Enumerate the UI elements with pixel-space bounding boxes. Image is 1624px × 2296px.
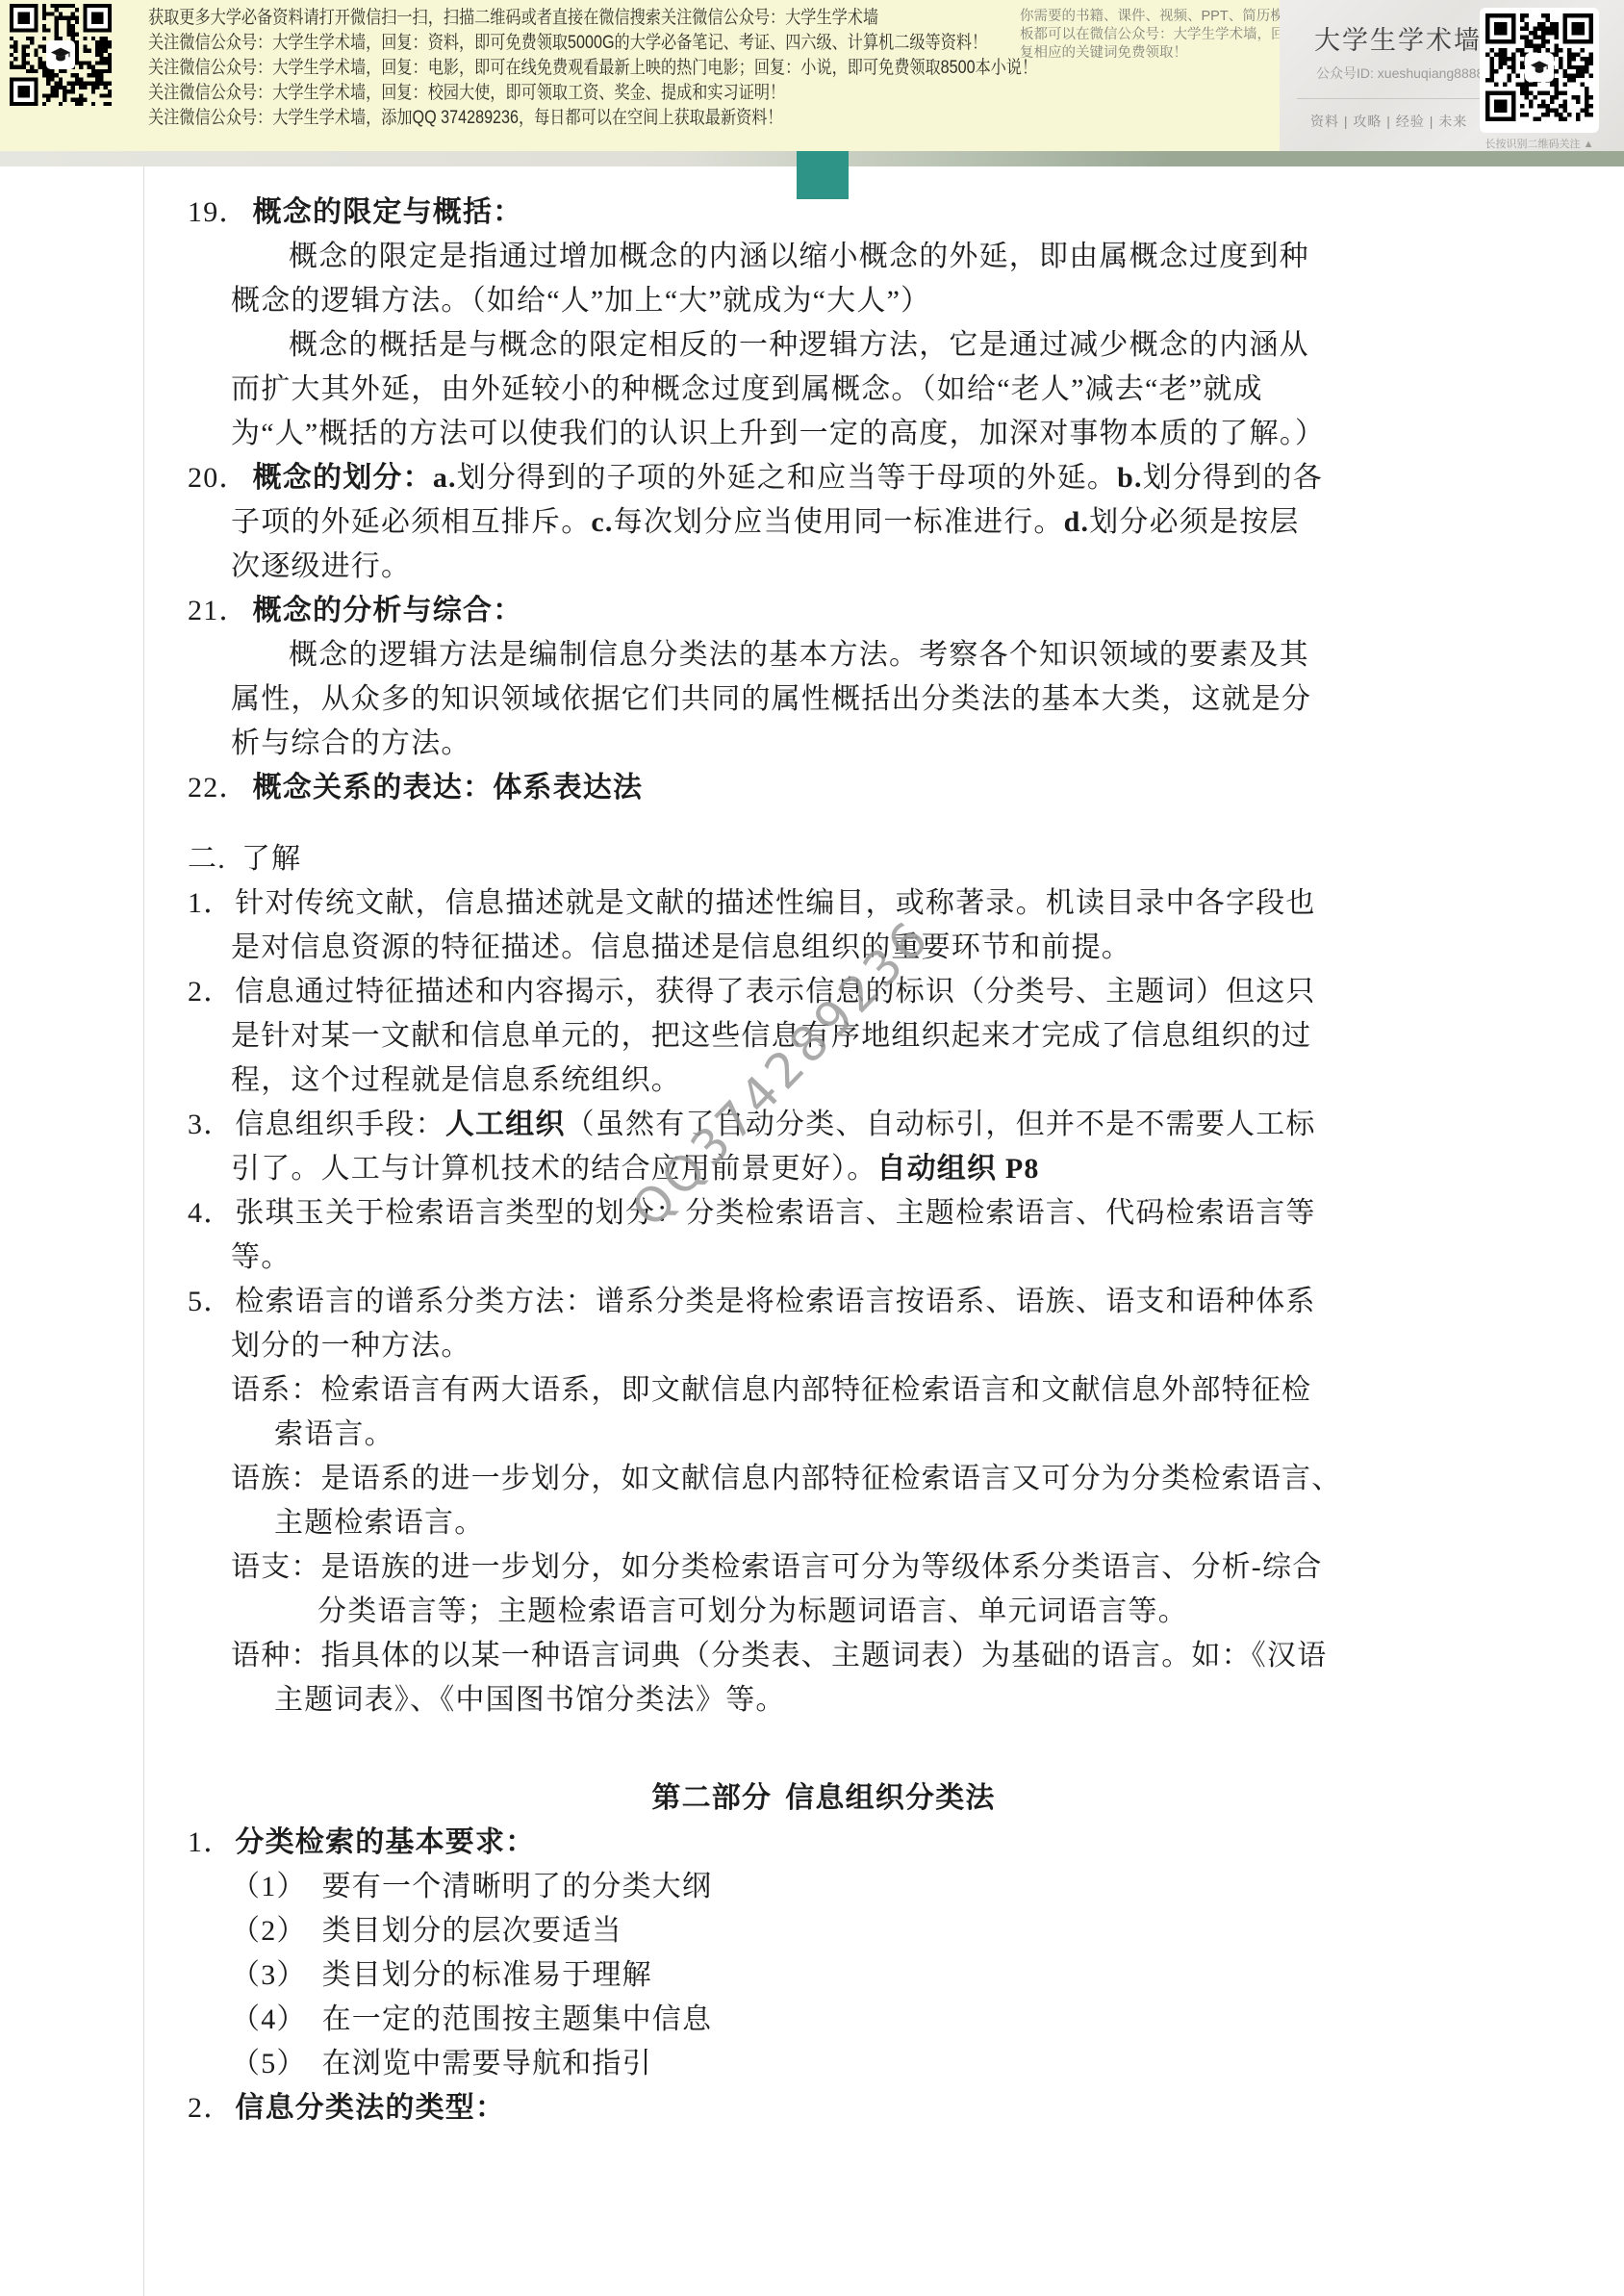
qr-code-left-icon [10, 4, 112, 106]
doc-line: （4）在一定的范围按主题集中信息 [231, 1998, 1503, 2042]
doc-line: 20．概念的划分：a.划分得到的子项的外延之和应当等于母项的外延。b.划分得到的… [188, 456, 1503, 500]
doc-text-segment: 概念的概括是与概念的限定相反的一种逻辑方法，它是通过减少概念的内涵从 [289, 329, 1309, 361]
doc-text-segment: 信息分类法的类型： [235, 2092, 505, 2124]
doc-line: 次逐级进行。 [231, 545, 1503, 589]
doc-line: 概念的限定是指通过增加概念的内涵以缩小概念的外延，即由属概念过度到种 [289, 235, 1503, 279]
doc-text-segment: 每次划分应当使用同一标准进行。 [614, 506, 1064, 538]
doc-text-segment: 概念的限定是指通过增加概念的内涵以缩小概念的外延，即由属概念过度到种 [289, 241, 1309, 272]
doc-line: 概念的逻辑方法是编制信息分类法的基本方法。考察各个知识领域的要素及其 [289, 633, 1503, 677]
promo-line: 关注微信公众号：大学生学术墙，回复：资料，即可免费领取5000G的大学必备笔记、… [148, 31, 1037, 56]
doc-text-segment: 1． [188, 1826, 233, 1858]
doc-text-segment: 等。 [231, 1241, 291, 1273]
doc-line: 语支：是语族的进一步划分，如分类检索语言可分为等级体系分类语言、分析-综合 [231, 1545, 1503, 1590]
doc-text-segment: 22． [188, 772, 249, 804]
doc-text-segment: 信息组织手段： [235, 1109, 444, 1140]
doc-text-segment: 次逐级进行。 [231, 550, 411, 582]
doc-text-segment: 3． [188, 1109, 233, 1140]
doc-line: 子项的外延必须相互排斥。c.每次划分应当使用同一标准进行。d.划分必须是按层 [231, 500, 1503, 545]
promo-line: 关注微信公众号：大学生学术墙，回复：校园大使，即可领取工资、奖金、提成和实习证明… [148, 81, 1037, 106]
doc-text-segment: 概念关系的表达：体系表达法 [253, 772, 644, 804]
doc-text-segment: 而扩大其外延，由外延较小的种概念过度到属概念。（如给“老人”减去“老”就成 [231, 373, 1263, 405]
doc-text-segment: 检索语言的谱系分类方法： [235, 1286, 595, 1317]
doc-text-segment: b. [1117, 462, 1143, 494]
doc-text-segment: 第二部分 [651, 1782, 772, 1814]
doc-line: 1．分类检索的基本要求： [188, 1821, 1503, 1865]
doc-line: 4．张琪玉关于检索语言类型的划分：分类检索语言、主题检索语言、代码检索语言等 [188, 1191, 1503, 1236]
doc-text-segment: 划分得到的子项的外延之和应当等于母项的外延。 [457, 462, 1117, 494]
promo-line: 关注微信公众号：大学生学术墙，回复：电影，即可在线免费观看最新上映的热门电影；回… [148, 56, 1037, 81]
promo-line: 获取更多大学必备资料请打开微信扫一扫，扫描二维码或者直接在微信搜索关注微信公众号… [148, 6, 1037, 31]
doc-text-segment: 概念的限定与概括： [253, 196, 523, 228]
doc-line: 第二部分信息组织分类法 [144, 1776, 1503, 1821]
doc-text-segment: 划分得到的各 [1143, 462, 1323, 494]
doc-text-segment: a. [433, 462, 457, 494]
doc-line: 引了。人工与计算机技术的结合应用前景更好）。自动组织 P8 [231, 1147, 1503, 1191]
qr-scan-caption: 长按识别二维码关注 ▲ [1472, 136, 1607, 151]
doc-line: 划分的一种方法。 [231, 1324, 1503, 1368]
doc-text-segment: 分类语言等；主题检索语言可划分为标题词语言、单元词语言等。 [317, 1595, 1188, 1627]
doc-line: 而扩大其外延，由外延较小的种概念过度到属概念。（如给“老人”减去“老”就成 [231, 368, 1503, 412]
doc-text-segment: 信息组织分类法 [785, 1782, 995, 1814]
doc-text-segment: 指具体的以某一种语言词典（分类表、主题词表）为基础的语言。如：《汉语 [321, 1640, 1328, 1671]
doc-text-segment: d. [1064, 506, 1090, 538]
doc-line: 概念的逻辑方法。（如给“人”加上“大”就成为“大人”） [231, 279, 1503, 323]
doc-line: （2）类目划分的层次要适当 [231, 1909, 1503, 1953]
doc-text-segment: 4． [188, 1197, 233, 1229]
doc-text-segment: （3） [231, 1959, 307, 1991]
doc-line: 主题词表》、《中国图书馆分类法》等。 [274, 1678, 1503, 1722]
promo-text-block: 获取更多大学必备资料请打开微信扫一扫，扫描二维码或者直接在微信搜索关注微信公众号… [148, 6, 1037, 131]
doc-text-segment: 20． [188, 462, 249, 494]
document-body: 19．概念的限定与概括：概念的限定是指通过增加概念的内涵以缩小概念的外延，即由属… [144, 191, 1503, 2130]
promo-side-note: 你需要的书籍、课件、视频、PPT、简历模板都可以在微信公众号：大学生学术墙，回复… [1020, 8, 1293, 63]
doc-text-segment: 19． [188, 196, 249, 228]
account-card-tags: 资料 | 攻略 | 经验 | 未来 [1310, 112, 1467, 131]
doc-text-segment: 5． [188, 1286, 233, 1317]
doc-text-segment: （1） [231, 1871, 307, 1902]
doc-text-segment: 谱系分类是将检索语言按语系、语族、语支和语种体系 [596, 1286, 1316, 1317]
doc-line: 语系：检索语言有两大语系，即文献信息内部特征检索语言和文献信息外部特征检 [231, 1368, 1503, 1413]
doc-text-segment: 人工组织 [445, 1109, 566, 1140]
doc-text-segment: 2． [188, 2092, 233, 2124]
doc-text-segment: 张琪玉关于检索语言类型的划分：分类检索语言、主题检索语言、代码检索语言等 [235, 1197, 1315, 1229]
qr-code-right-box [1480, 8, 1599, 133]
doc-text-segment: 信息通过特征描述和内容揭示，获得了表示信息的标识（分类号、主题词）但这只 [235, 976, 1315, 1008]
account-card-title: 大学生学术墙 [1314, 19, 1482, 57]
doc-text-segment: 1． [188, 887, 233, 919]
doc-text-segment: 21． [188, 595, 249, 626]
card-divider [1297, 98, 1480, 99]
doc-line: 为“人”概括的方法可以使我们的认识上升到一定的高度，加深对事物本质的了解。） [231, 412, 1503, 456]
doc-text-segment: 主题词表》、《中国图书馆分类法》等。 [274, 1684, 786, 1716]
doc-line: 析与综合的方法。 [231, 722, 1503, 766]
doc-text-segment: 划分必须是按层 [1089, 506, 1299, 538]
doc-text-segment: 针对传统文献，信息描述就是文献的描述性编目，或称著录。机读目录中各字段也 [235, 887, 1315, 919]
doc-text-segment: 划分的一种方法。 [231, 1330, 471, 1362]
doc-text-segment: （2） [231, 1915, 307, 1947]
doc-text-segment: 语系： [231, 1374, 321, 1406]
doc-text-segment: 分类检索的基本要求： [235, 1826, 535, 1858]
doc-line: 二.了解 [188, 837, 1503, 881]
doc-line: 3．信息组织手段：人工组织（虽然有了自动分类、自动标引，但并不是不需要人工标 [188, 1103, 1503, 1147]
doc-text-segment: 为“人”概括的方法可以使我们的认识上升到一定的高度，加深对事物本质的了解。） [231, 418, 1325, 449]
doc-text-segment: 子项的外延必须相互排斥。 [231, 506, 591, 538]
doc-line: 语种：指具体的以某一种语言词典（分类表、主题词表）为基础的语言。如：《汉语 [231, 1634, 1503, 1678]
doc-text-segment: c. [591, 506, 613, 538]
doc-text-segment: 语族： [231, 1463, 321, 1494]
doc-line: 5．检索语言的谱系分类方法：谱系分类是将检索语言按语系、语族、语支和语种体系 [188, 1280, 1503, 1324]
doc-line: 概念的概括是与概念的限定相反的一种逻辑方法，它是通过减少概念的内涵从 [289, 323, 1503, 368]
doc-text-segment: 检索语言有两大语系，即文献信息内部特征检索语言和文献信息外部特征检 [321, 1374, 1312, 1406]
doc-line: 22．概念关系的表达：体系表达法 [188, 766, 1503, 810]
doc-text-segment: 语支： [231, 1551, 321, 1583]
promo-banner: 获取更多大学必备资料请打开微信扫一扫，扫描二维码或者直接在微信搜索关注微信公众号… [0, 0, 1624, 151]
account-card-id: 公众号ID: xueshuqiang8888 [1316, 64, 1484, 83]
doc-text-segment: 要有一个清晰明了的分类大纲 [322, 1871, 713, 1902]
doc-text-segment: 是对信息资源的特征描述。信息描述是信息组织的重要环节和前提。 [231, 931, 1131, 963]
doc-line: （1）要有一个清晰明了的分类大纲 [231, 1865, 1503, 1909]
doc-line: 等。 [231, 1236, 1503, 1280]
doc-text-segment: 主题检索语言。 [274, 1507, 484, 1539]
doc-line: 分类语言等；主题检索语言可划分为标题词语言、单元词语言等。 [317, 1590, 1503, 1634]
graduation-cap-icon [1525, 53, 1554, 82]
doc-line: （3）类目划分的标准易于理解 [231, 1953, 1503, 1998]
doc-text-segment: （5） [231, 2048, 307, 2079]
doc-text-segment: 析与综合的方法。 [231, 727, 471, 759]
doc-text-segment: 了解 [241, 843, 301, 875]
doc-line: 19．概念的限定与概括： [188, 191, 1503, 235]
doc-line: 程，这个过程就是信息系统组织。 [231, 1059, 1503, 1103]
doc-text-segment: 是语系的进一步划分，如文献信息内部特征检索语言又可分为分类检索语言、 [321, 1463, 1342, 1494]
qr-code-right-icon [1485, 13, 1593, 121]
doc-text-segment: （虽然有了自动分类、自动标引，但并不是不需要人工标 [566, 1109, 1316, 1140]
doc-text-segment: 语种： [231, 1640, 321, 1671]
promo-line: 关注微信公众号：大学生学术墙，添加QQ 374289236，每日都可以在空间上获… [148, 106, 1037, 131]
doc-line: 2．信息分类法的类型： [188, 2086, 1503, 2130]
doc-line: 主题检索语言。 [274, 1501, 1503, 1545]
doc-line: （5）在浏览中需要导航和指引 [231, 2042, 1503, 2086]
doc-line: 21．概念的分析与综合： [188, 589, 1503, 633]
doc-text-segment: 索语言。 [274, 1418, 394, 1450]
doc-text-segment: 概念的逻辑方法。（如给“人”加上“大”就成为“大人”） [231, 285, 930, 317]
doc-text-segment: 概念的划分： [253, 462, 433, 494]
doc-line: 1．针对传统文献，信息描述就是文献的描述性编目，或称著录。机读目录中各字段也 [188, 881, 1503, 926]
doc-text-segment: 引了。人工与计算机技术的结合应用前景更好）。 [231, 1153, 876, 1185]
doc-line: 语族：是语系的进一步划分，如文献信息内部特征检索语言又可分为分类检索语言、 [231, 1457, 1503, 1501]
doc-text-segment: 是语族的进一步划分，如分类检索语言可分为等级体系分类语言、分析-综合 [321, 1551, 1323, 1583]
doc-text-segment: 类目划分的层次要适当 [322, 1915, 622, 1947]
doc-text-segment: 在浏览中需要导航和指引 [322, 2048, 652, 2079]
doc-text-segment: 自动组织 P8 [876, 1153, 1039, 1185]
doc-text-segment: 程，这个过程就是信息系统组织。 [231, 1064, 681, 1096]
doc-text-segment: 概念的分析与综合： [253, 595, 523, 626]
doc-text-segment: 2． [188, 976, 233, 1008]
doc-line: 属性，从众多的知识领域依据它们共同的属性概括出分类法的基本大类，这就是分 [231, 677, 1503, 722]
doc-text-segment: 类目划分的标准易于理解 [322, 1959, 652, 1991]
doc-text-segment: 二. [188, 843, 226, 875]
graduation-cap-icon [46, 40, 75, 69]
doc-line: 索语言。 [274, 1413, 1503, 1457]
doc-text-segment: 概念的逻辑方法是编制信息分类法的基本方法。考察各个知识领域的要素及其 [289, 639, 1309, 671]
doc-text-segment: （4） [231, 2003, 307, 2035]
doc-text-segment: 属性，从众多的知识领域依据它们共同的属性概括出分类法的基本大类，这就是分 [231, 683, 1311, 715]
doc-text-segment: 在一定的范围按主题集中信息 [322, 2003, 713, 2035]
